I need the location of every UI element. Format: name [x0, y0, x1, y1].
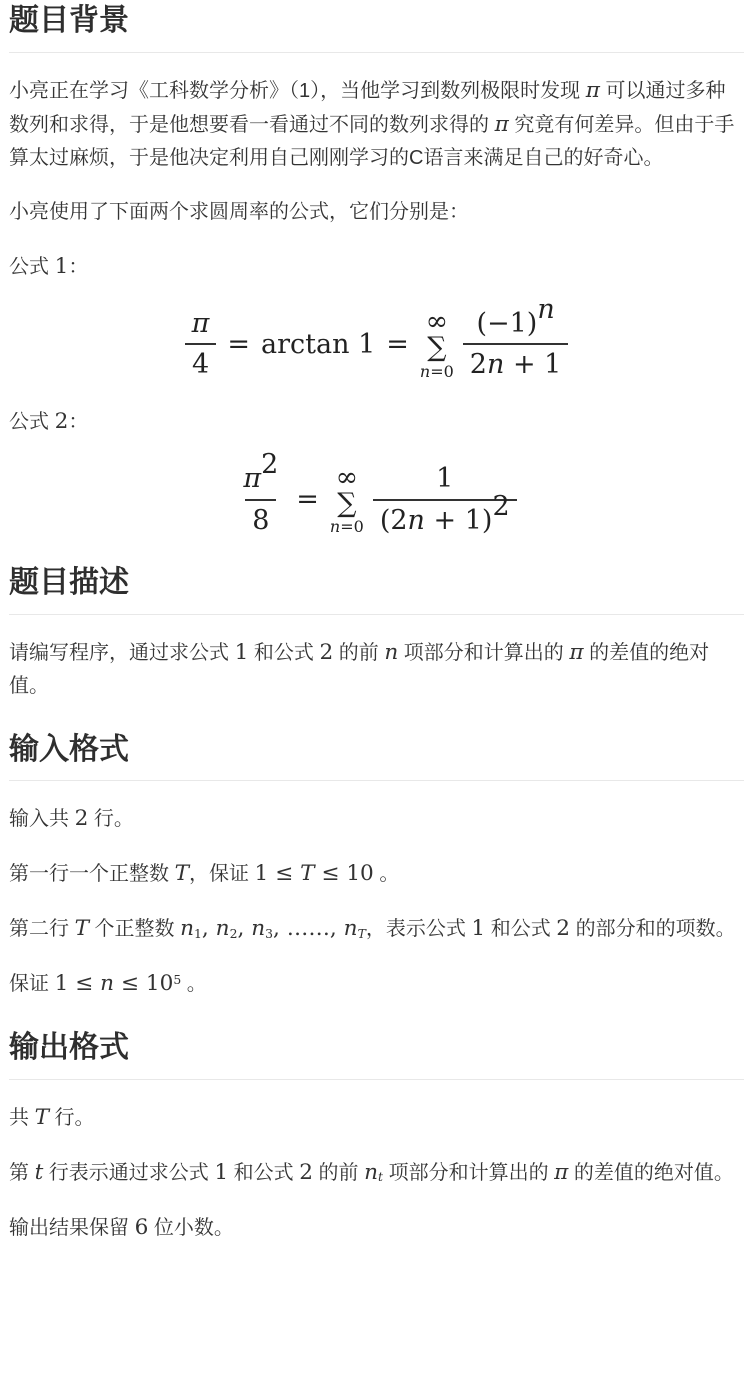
inline-math: n	[384, 640, 398, 665]
label-formula-2: 公式 2：	[9, 405, 744, 439]
inline-math: 1 ≤	[55, 971, 101, 996]
superscript: 2	[492, 491, 509, 522]
subscript: t	[378, 1169, 383, 1184]
fraction-pi-over-4: π 4	[185, 308, 217, 381]
equals-sign: =	[296, 484, 319, 515]
superscript: 2	[261, 449, 278, 480]
inline-math: 2	[75, 806, 89, 831]
inline-math: n	[180, 916, 194, 941]
paragraph-background: 小亮正在学习《工科数学分析》（1），当他学习到数列极限时发现 π 可以通过多种数…	[9, 74, 744, 175]
inline-math: n	[344, 916, 358, 941]
inline-math: π	[569, 640, 583, 665]
sigma-icon: ∑	[427, 336, 446, 361]
inline-math: 1	[55, 254, 69, 279]
fraction-series-term: 1 (2n + 1)2	[373, 463, 517, 536]
infinity-upper-limit: ∞	[426, 308, 449, 335]
math-text: (−1)	[476, 308, 537, 339]
inline-math: π	[554, 1160, 568, 1185]
subscript: 2	[230, 926, 238, 941]
math-variable: π	[243, 463, 261, 494]
math-text: + 1	[504, 349, 561, 380]
inline-math: π	[586, 78, 600, 103]
inline-math: n	[100, 971, 114, 996]
fraction-pi-squared-over-8: π2 8	[236, 463, 285, 536]
inline-math: ,	[237, 916, 251, 941]
fraction-denominator: 8	[245, 499, 276, 537]
paragraph-input-first-line: 第一行一个正整数 T，保证 1 ≤ T ≤ 10 。	[9, 857, 744, 891]
inline-math: 2	[299, 1160, 313, 1185]
inline-math: t	[35, 1160, 44, 1185]
inline-math: ,	[202, 916, 216, 941]
paragraph-formula-intro: 小亮使用了下面两个求圆周率的公式，它们分别是：	[9, 196, 744, 229]
fraction-denominator: 2n + 1	[463, 343, 569, 381]
inline-math: n	[364, 1160, 378, 1185]
inline-math: 2	[55, 409, 69, 434]
fraction-numerator: π	[185, 308, 217, 344]
paragraph-output-precision: 输出结果保留 6 位小数。	[9, 1211, 744, 1245]
formula-1: π 4 = arctan 1 = ∞ ∑ n=0 (−1)n 2n + 1	[9, 308, 744, 381]
inline-math: 6	[135, 1215, 149, 1240]
inline-math: T	[175, 861, 189, 886]
paragraph-description: 请编写程序，通过求公式 1 和公式 2 的前 n 项部分和计算出的 π 的差值的…	[9, 636, 744, 703]
inline-math: , ……,	[273, 916, 344, 941]
math-text: 2	[470, 349, 487, 380]
arctan-term: arctan 1	[261, 329, 375, 360]
heading-input-format: 输入格式	[9, 733, 744, 782]
inline-math: T	[75, 916, 89, 941]
math-variable: n	[408, 505, 425, 536]
paragraph-input-second-line: 第二行 T 个正整数 n1, n2, n3, ……, nT，表示公式 1 和公式…	[9, 912, 744, 946]
paragraph-input-lines: 输入共 2 行。	[9, 802, 744, 836]
heading-output-format: 输出格式	[9, 1031, 744, 1080]
heading-problem-background: 题目背景	[9, 4, 744, 53]
fraction-series-term: (−1)n 2n + 1	[463, 308, 569, 381]
heading-problem-description: 题目描述	[9, 566, 744, 615]
fraction-numerator: 1	[429, 463, 460, 499]
inline-math: n	[251, 916, 265, 941]
sigma-icon: ∑	[337, 492, 356, 517]
inline-math: ≤ 10	[315, 861, 374, 886]
label-formula-1: 公式 1：	[9, 250, 744, 284]
inline-math: ≤ 10	[114, 971, 173, 996]
inline-math: 1	[235, 640, 249, 665]
equals-sign: =	[227, 329, 250, 360]
problem-statement: 题目背景 小亮正在学习《工科数学分析》（1），当他学习到数列极限时发现 π 可以…	[0, 0, 744, 1245]
limit-variable: n	[420, 362, 430, 381]
fraction-denominator: (2n + 1)2	[373, 499, 517, 537]
inline-math: 1	[471, 916, 485, 941]
lower-limit: n=0	[330, 519, 364, 535]
subscript: T	[358, 926, 366, 941]
infinity-upper-limit: ∞	[336, 464, 359, 491]
inline-math: 2	[556, 916, 570, 941]
math-text: + 1)	[425, 505, 493, 536]
fraction-numerator: π2	[236, 463, 285, 499]
lower-limit: n=0	[420, 364, 454, 380]
fraction-numerator: (−1)n	[469, 308, 561, 344]
inline-math: 1 ≤	[255, 861, 301, 886]
limit-value: =0	[340, 517, 364, 536]
inline-math: 1	[214, 1160, 228, 1185]
subscript: 1	[194, 926, 202, 941]
paragraph-input-constraint: 保证 1 ≤ n ≤ 105 。	[9, 967, 744, 1001]
inline-math: 2	[319, 640, 333, 665]
subscript: 3	[265, 926, 273, 941]
superscript: 5	[173, 972, 181, 987]
paragraph-output-line-desc: 第 t 行表示通过求公式 1 和公式 2 的前 nt 项部分和计算出的 π 的差…	[9, 1156, 744, 1190]
inline-math: T	[35, 1105, 49, 1130]
fraction-denominator: 4	[185, 343, 216, 381]
inline-math: π	[495, 112, 509, 137]
equals-sign: =	[386, 329, 409, 360]
limit-value: =0	[430, 362, 454, 381]
summation: ∞ ∑ n=0	[330, 464, 364, 536]
superscript: n	[537, 294, 554, 325]
inline-math: n	[216, 916, 230, 941]
inline-math: T	[300, 861, 314, 886]
math-text: (2	[380, 505, 408, 536]
paragraph-output-lines: 共 T 行。	[9, 1101, 744, 1135]
limit-variable: n	[330, 517, 340, 536]
summation: ∞ ∑ n=0	[420, 308, 454, 380]
math-variable: n	[487, 349, 504, 380]
formula-2: π2 8 = ∞ ∑ n=0 1 (2n + 1)2	[9, 463, 744, 536]
